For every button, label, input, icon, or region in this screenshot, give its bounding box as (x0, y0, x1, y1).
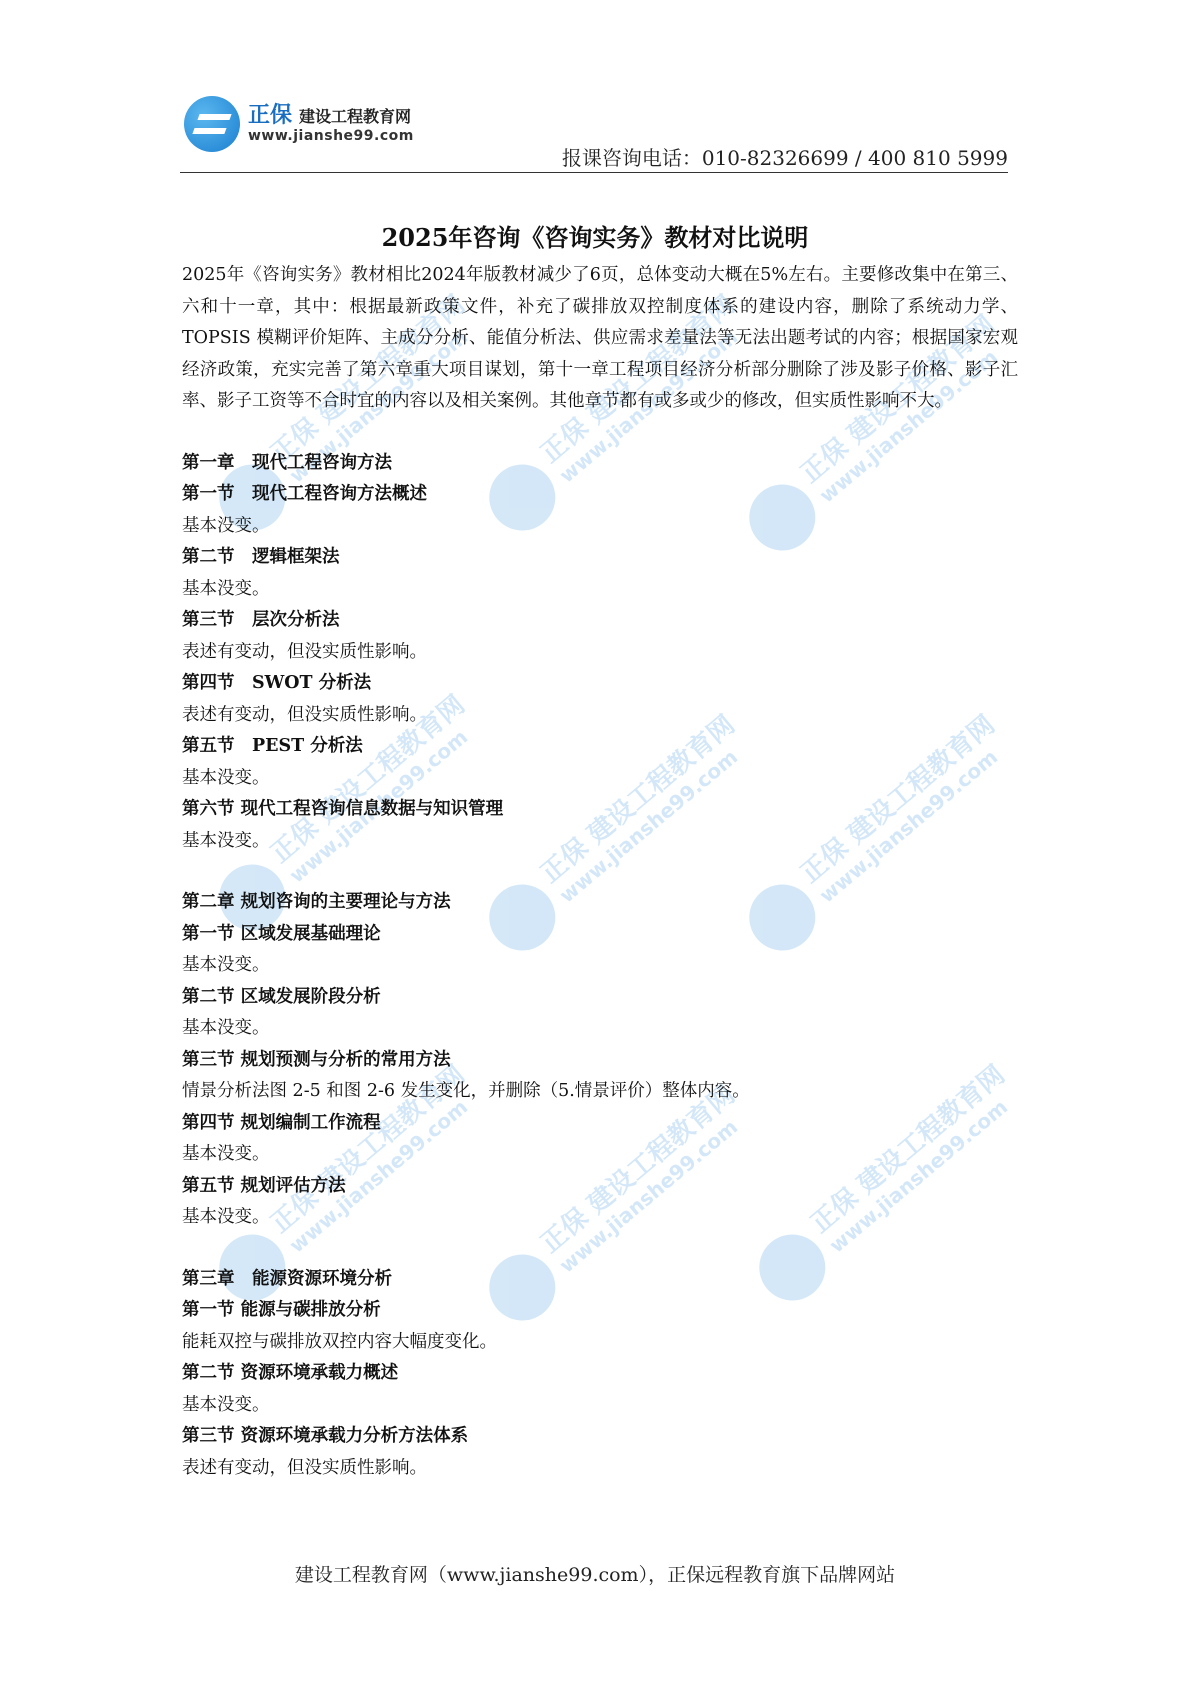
page-footer: 建设工程教育网（www.jianshe99.com），正保远程教育旗下品牌网站 (0, 1560, 1190, 1587)
section-heading: 第六节 现代工程咨询信息数据与知识管理 (182, 794, 1018, 826)
logo-url[interactable]: www.jianshe99.com (248, 128, 414, 144)
section-note: 表述有变动，但没实质性影响。 (182, 637, 1018, 669)
document-page: 正保 建设工程教育网www.jianshe99.com 正保 建设工程教育网ww… (0, 0, 1190, 1683)
section-heading: 第二节 逻辑框架法 (182, 542, 1018, 574)
intro-paragraph: 2025年《咨询实务》教材相比2024年版教材减少了6页，总体变动大概在5%左右… (182, 260, 1018, 418)
brand-logo[interactable]: 正保 建设工程教育网 www.jianshe99.com (180, 90, 430, 160)
section-note: 能耗双控与碳排放双控内容大幅度变化。 (182, 1327, 1018, 1359)
section-heading: 第三节 资源环境承载力分析方法体系 (182, 1421, 1018, 1453)
logo-subtitle: 建设工程教育网 (299, 107, 411, 126)
section-heading: 第四节 SWOT 分析法 (182, 668, 1018, 700)
section-note: 基本没变。 (182, 1202, 1018, 1234)
chapter-3: 第三章 能源资源环境分析 第一节 能源与碳排放分析 能耗双控与碳排放双控内容大幅… (182, 1264, 1018, 1485)
section-note: 基本没变。 (182, 950, 1018, 982)
logo-brand: 正保 (248, 103, 292, 128)
section-heading: 第二节 资源环境承载力概述 (182, 1358, 1018, 1390)
section-heading: 第二节 区域发展阶段分析 (182, 982, 1018, 1014)
section-note: 基本没变。 (182, 1390, 1018, 1422)
chapter-2: 第二章 规划咨询的主要理论与方法 第一节 区域发展基础理论 基本没变。 第二节 … (182, 887, 1018, 1234)
section-note: 基本没变。 (182, 826, 1018, 858)
section-heading: 第五节 PEST 分析法 (182, 731, 1018, 763)
document-body: 2025年《咨询实务》教材相比2024年版教材减少了6页，总体变动大概在5%左右… (182, 260, 1018, 1514)
section-note: 基本没变。 (182, 1139, 1018, 1171)
chapter-heading: 第一章 现代工程咨询方法 (182, 448, 1018, 480)
section-note: 基本没变。 (182, 1013, 1018, 1045)
section-note: 基本没变。 (182, 511, 1018, 543)
section-heading: 第一节 区域发展基础理论 (182, 919, 1018, 951)
chapter-heading: 第三章 能源资源环境分析 (182, 1264, 1018, 1296)
chapter-heading: 第二章 规划咨询的主要理论与方法 (182, 887, 1018, 919)
chapter-1: 第一章 现代工程咨询方法 第一节 现代工程咨询方法概述 基本没变。 第二节 逻辑… (182, 448, 1018, 858)
section-note: 表述有变动，但没实质性影响。 (182, 1453, 1018, 1485)
logo-icon (184, 96, 240, 152)
section-note: 情景分析法图 2-5 和图 2-6 发生变化，并删除（5.情景评价）整体内容。 (182, 1076, 1018, 1108)
section-heading: 第一节 能源与碳排放分析 (182, 1295, 1018, 1327)
section-heading: 第三节 层次分析法 (182, 605, 1018, 637)
section-heading: 第五节 规划评估方法 (182, 1171, 1018, 1203)
section-note: 表述有变动，但没实质性影响。 (182, 700, 1018, 732)
section-heading: 第四节 规划编制工作流程 (182, 1108, 1018, 1140)
hotline-text: 报课咨询电话：010-82326699 / 400 810 5999 (562, 142, 1008, 171)
section-heading: 第一节 现代工程咨询方法概述 (182, 479, 1018, 511)
section-heading: 第三节 规划预测与分析的常用方法 (182, 1045, 1018, 1077)
page-header: 正保 建设工程教育网 www.jianshe99.com 报课咨询电话：010-… (180, 90, 1008, 174)
header-divider (180, 172, 1008, 173)
section-note: 基本没变。 (182, 574, 1018, 606)
document-title: 2025年咨询《咨询实务》教材对比说明 (0, 218, 1190, 253)
section-note: 基本没变。 (182, 763, 1018, 795)
